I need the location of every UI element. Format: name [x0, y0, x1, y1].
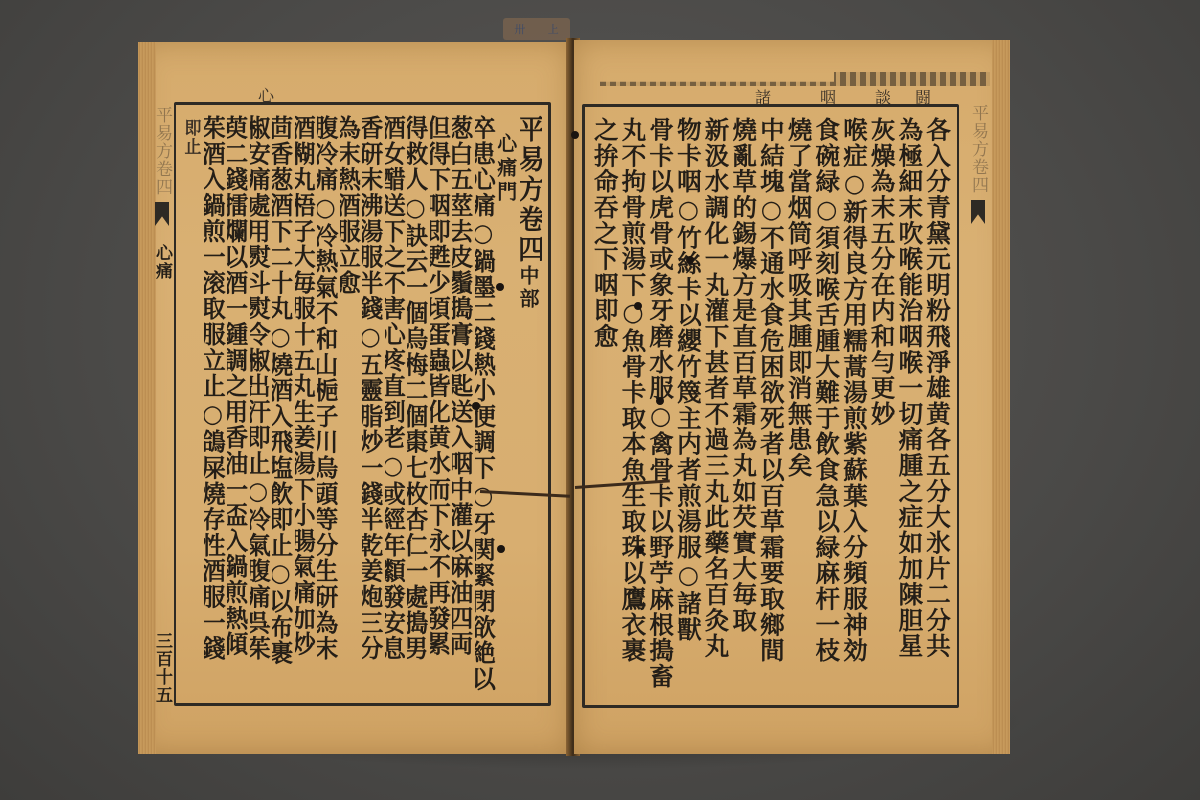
head-note: 心 [258, 83, 274, 106]
text-column: 燒亂草的錫爆方是直百草霜為丸如芡實大毎取 [731, 117, 758, 699]
right-page-frame: 諸 咽 談 闘 各入分青黛元明粉飛淨雄黄各五分大氷片二分共 為極細末吹喉能治咽喉… [582, 104, 959, 708]
text-column: 葱白五莖去皮鬚搗膏以匙送入咽中灌以麻油四両 [452, 115, 474, 697]
right-page-edge [992, 40, 1010, 754]
worm-hole [656, 397, 664, 405]
text-column: 燒了當烟筒呼吸其腫即消無患矣 [786, 117, 813, 699]
text-column: 但得下咽即甦少頃蛋蟲皆化黄水而下永不再發累 [430, 115, 452, 697]
worm-hole [634, 302, 642, 310]
text-column: 酒女醋送下之不害心疼直到老○或經年纇發安息 [385, 115, 407, 697]
text-column: 中結塊○不通水食危困欲死者以百草霜要取鄉間 [758, 117, 785, 699]
worm-hole [636, 546, 644, 554]
catalog-tag: 卅 上 [503, 18, 570, 40]
tag-mark-2: 上 [548, 21, 559, 37]
text-column: 之拚命吞之下咽即愈 [592, 117, 619, 699]
text-column: 腹冷痛○冷熱氣不和山梔子川烏頭等分生研為末 [317, 115, 339, 697]
fish-tail-mark [155, 202, 169, 226]
text-column: 椒安痛處用熨斗熨令椒出汗即止○冷氣腹痛呉茱 [250, 115, 272, 697]
text-column: 灰燥為末五分在内和勻更妙 [869, 117, 896, 699]
text-column: 骨卡以虎骨或象牙磨水服○禽骨卡以野苧麻根搗畜 [647, 117, 674, 699]
text-column: 酒糊丸梧子大毎服十五丸生姜湯下小腸氣痛加炒 [295, 115, 317, 697]
right-page: 平易方卷四 諸 咽 談 闘 各入分青黛元明粉飛淨雄黄各五分大氷片二分共 為極細末… [574, 40, 1010, 754]
right-page-margin: 平易方卷四 [962, 104, 994, 702]
margin-book-title: 平易方卷四 [151, 106, 173, 196]
text-column: 物卡咽○竹絲卡以纓竹篾主内者煎湯服○諸獸 [675, 117, 702, 699]
margin-book-title: 平易方卷四 [967, 104, 989, 194]
head-note: 談 [875, 85, 891, 108]
text-column: 丸不拘骨煎湯下○魚骨卡取本魚生取珠以鷹衣裹 [620, 117, 647, 699]
left-text-columns: 平易方卷四中部 心痛門 卒患心痛○鍋墨二錢熱小便調下○牙関緊閉欲絶以 葱白五莖去… [182, 115, 542, 697]
section-heading: 心痛門 [497, 115, 519, 697]
text-column: 喉症○新得良方用糯蒿湯煎紫蘇葉入分頻服神効 [841, 117, 868, 699]
fish-tail-mark [971, 200, 985, 224]
text-column: 各入分青黛元明粉飛淨雄黄各五分大氷片二分共 [924, 117, 951, 699]
margin-section-name: 心痛 [151, 244, 173, 280]
text-column: 萸二錢擂爛以酒一鍾調之用香油一盃入鍋煎熱傾 [227, 115, 249, 697]
worm-hole [472, 402, 480, 410]
text-column: 茱酒入鍋煎一滚取服立止○鴿屎燒存性酒服一錢 [204, 115, 226, 697]
text-column: 新汲水調化一丸灌下甚者不過三丸此藥名百灸丸 [703, 117, 730, 699]
text-column: 為末熱酒服立愈 [340, 115, 362, 697]
tag-mark-1: 卅 [514, 21, 525, 37]
text-column: 食碗緑○須刻喉舌腫大難于飲食急以緑麻杆一枝 [814, 117, 841, 699]
head-note: 咽 [820, 85, 836, 108]
head-note: 諸 [755, 85, 771, 108]
text-column: 得救人○訣云一個烏梅二個棗七枚杏仁一處搗男 [407, 115, 429, 697]
text-column: 為極細末吹喉能治咽喉一切痛腫之症如加陳胆星 [897, 117, 924, 699]
left-page: 平易方卷四 心痛 三百十五 心 平易方卷四中部 心痛門 卒患心痛○鍋墨二錢熱小便… [138, 42, 570, 754]
margin-page-number: 三百十五 [151, 632, 173, 704]
head-note: 闘 [915, 85, 931, 108]
text-column: 茴香葱酒下二十丸○燒酒入飛塩飲即止○以布裹 [272, 115, 294, 697]
worm-hole [571, 131, 579, 139]
right-text-columns: 各入分青黛元明粉飛淨雄黄各五分大氷片二分共 為極細末吹喉能治咽喉一切痛腫之症如加… [591, 117, 951, 699]
book-title: 平易方卷四中部 [520, 115, 542, 697]
text-column: 香研末沸湯服半錢○五靈脂炒一錢半乾姜炮三分 [362, 115, 384, 697]
text-column: 即止 [182, 115, 204, 697]
left-page-frame: 心 平易方卷四中部 心痛門 卒患心痛○鍋墨二錢熱小便調下○牙関緊閉欲絶以 葱白五… [174, 102, 551, 706]
worm-hole [686, 256, 694, 264]
worm-hole [497, 545, 505, 553]
worm-hole [496, 283, 504, 291]
